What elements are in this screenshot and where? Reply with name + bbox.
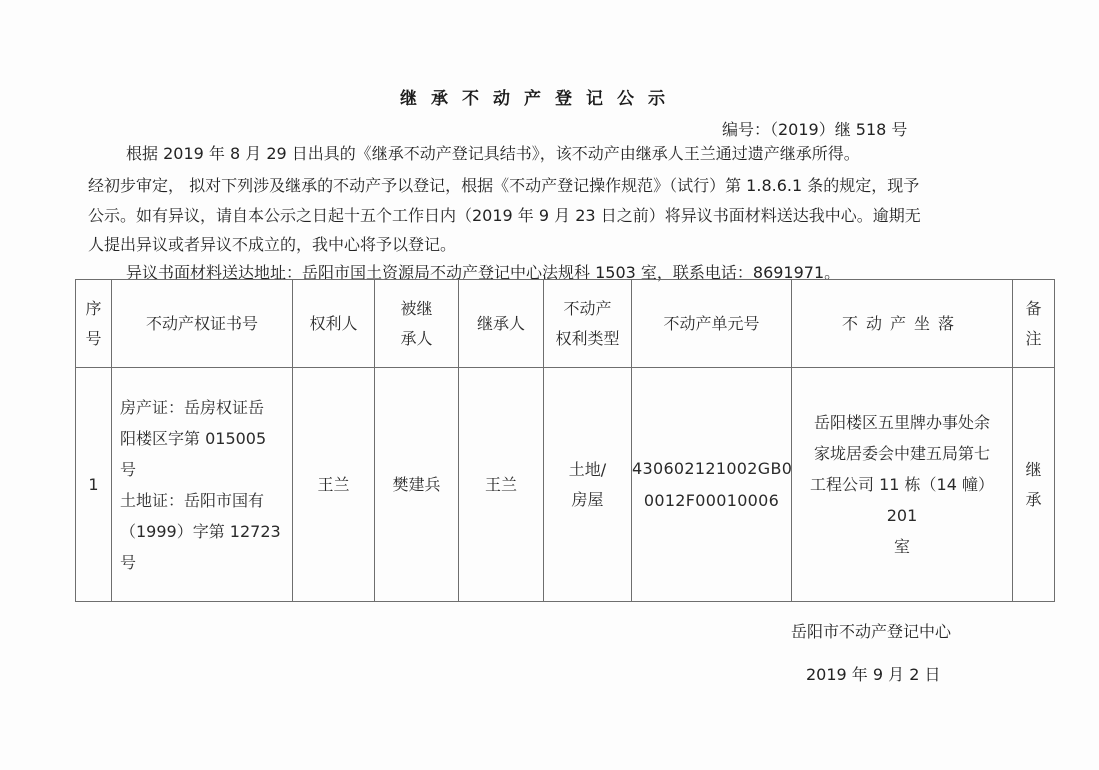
header-location: 不动产坐落 — [792, 280, 1013, 368]
cell-decedent: 樊建兵 — [375, 368, 459, 602]
registration-table: 序 号 不动产权证书号 权利人 被继 承人 继承人 不动产 权利类型 不动产单元… — [75, 279, 1055, 602]
paragraph-review-line3: 人提出异议或者异议不成立的，我中心将予以登记。 — [88, 235, 456, 255]
header-seq: 序 号 — [76, 280, 112, 368]
issuer-signature: 岳阳市不动产登记中心 — [791, 619, 951, 642]
cell-remark: 继 承 — [1013, 368, 1055, 602]
paragraph-review-line1: 经初步审定， 拟对下列涉及继承的不动产予以登记，根据《不动产登记操作规范》（试行… — [88, 176, 919, 196]
header-remark: 备 注 — [1013, 280, 1055, 368]
cell-unit-no: 430602121002GB0 0012F00010006 — [632, 368, 792, 602]
notice-page: 继承不动产登记公示 编号：（2019）继 518 号 根据 2019 年 8 月… — [0, 0, 1099, 770]
header-unit-no: 不动产单元号 — [632, 280, 792, 368]
table-row: 1 房产证：岳房权证岳 阳楼区字第 015005 号 土地证：岳阳市国有 （19… — [76, 368, 1055, 602]
header-decedent: 被继 承人 — [375, 280, 459, 368]
cell-heir: 王兰 — [459, 368, 544, 602]
cell-right-type: 土地/ 房屋 — [544, 368, 632, 602]
header-cert-no: 不动产权证书号 — [112, 280, 293, 368]
paragraph-basis: 根据 2019 年 8 月 29 日出具的《继承不动产登记具结书》，该不动产由继… — [126, 144, 860, 164]
table-header-row: 序 号 不动产权证书号 权利人 被继 承人 继承人 不动产 权利类型 不动产单元… — [76, 280, 1055, 368]
cell-location: 岳阳楼区五里牌办事处余 家垅居委会中建五局第七 工程公司 11 栋（14 幢）2… — [792, 368, 1013, 602]
paragraph-review-line2: 公示。如有异议，请自本公示之日起十五个工作日内（2019 年 9 月 23 日之… — [88, 206, 921, 226]
cell-seq: 1 — [76, 368, 112, 602]
header-heir: 继承人 — [459, 280, 544, 368]
header-right-holder: 权利人 — [293, 280, 375, 368]
issue-date: 2019 年 9 月 2 日 — [806, 662, 941, 685]
cell-right-holder: 王兰 — [293, 368, 375, 602]
document-number: 编号：（2019）继 518 号 — [722, 117, 907, 140]
header-right-type: 不动产 权利类型 — [544, 280, 632, 368]
cell-cert-no: 房产证：岳房权证岳 阳楼区字第 015005 号 土地证：岳阳市国有 （1999… — [112, 368, 293, 602]
document-title: 继承不动产登记公示 — [400, 84, 679, 109]
